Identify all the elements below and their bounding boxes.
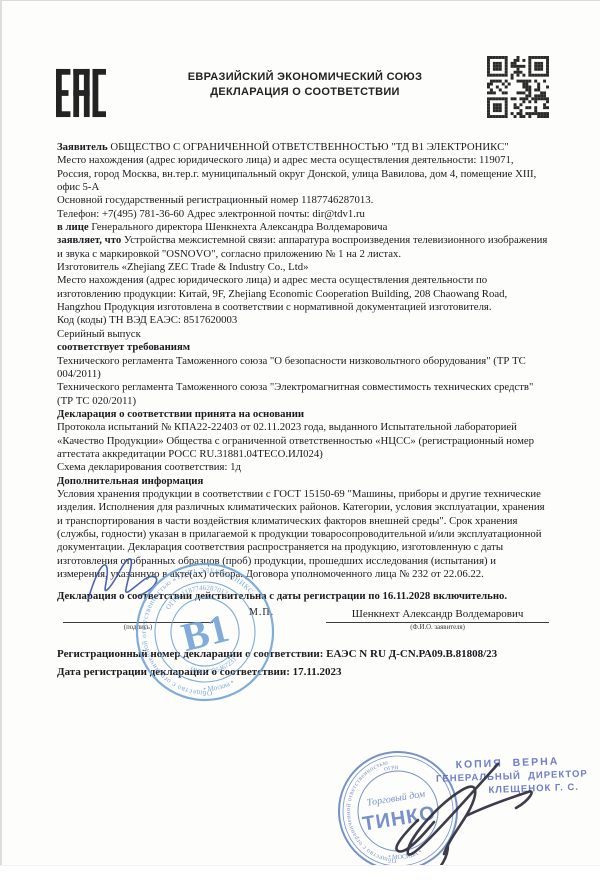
body-paragraph: в лице Генерального директора Шенкнехта … xyxy=(57,221,549,234)
body-paragraph: Основной государственный регистрационный… xyxy=(57,194,549,207)
body-paragraph: Схема декларирования соответствия: 1д xyxy=(57,461,549,474)
director-ink-signature xyxy=(378,750,553,880)
declarant-name: Шенкнехт Александр Волдемарович xyxy=(326,608,549,623)
registration-number-line: Регистрационный номер декларации о соотв… xyxy=(57,648,549,661)
document-header: ЕВРАЗИЙСКИЙ ЭКОНОМИЧЕСКИЙ СОЮЗ ДЕКЛАРАЦИ… xyxy=(140,70,470,100)
body-paragraph: заявляет, что Устройства межсистемной св… xyxy=(57,234,549,261)
body-paragraph: Заявитель ОБЩЕСТВО С ОГРАНИЧЕННОЙ ОТВЕТС… xyxy=(57,141,549,154)
body-paragraph: Место нахождения (адрес юридического лиц… xyxy=(57,154,549,194)
body-paragraphs: Заявитель ОБЩЕСТВО С ОГРАНИЧЕННОЙ ОТВЕТС… xyxy=(57,141,549,581)
body-paragraph: Код (коды) ТН ВЭД ЕАЭС: 8517620003 xyxy=(57,314,549,327)
b1-stamp-city: • Москва • xyxy=(201,676,236,695)
body-paragraph: Место нахождения (адрес юридического лиц… xyxy=(57,274,549,314)
eac-logo xyxy=(56,68,106,123)
header-union-title: ЕВРАЗИЙСКИЙ ЭКОНОМИЧЕСКИЙ СОЮЗ xyxy=(140,70,470,85)
declaration-document: ЕВРАЗИЙСКИЙ ЭКОНОМИЧЕСКИЙ СОЮЗ ДЕКЛАРАЦИ… xyxy=(0,0,600,888)
header-doc-title: ДЕКЛАРАЦИЯ О СООТВЕТСТВИИ xyxy=(140,85,470,100)
registration-date-value: 17.11.2023 xyxy=(293,666,342,678)
body-paragraph: Технического регламента Таможенного союз… xyxy=(57,381,549,408)
body-paragraph: Протокола испытаний № КПА22-22403 от 02.… xyxy=(57,421,549,461)
body-paragraph: Технического регламента Таможенного союз… xyxy=(57,355,549,382)
svg-text:• Москва •: • Москва • xyxy=(201,676,236,695)
scan-edge-top xyxy=(0,0,600,1)
scan-bottom-edge xyxy=(0,865,600,888)
body-paragraph: Изготовитель «Zhejiang ZEC Trade & Indus… xyxy=(57,261,549,274)
body-paragraph: Дополнительная информация xyxy=(57,475,549,488)
body-paragraph: соответствует требованиям xyxy=(57,341,549,354)
declarant-name-caption: (Ф.И.О. заявителя) xyxy=(326,623,549,632)
b1-stamp-center: В1 xyxy=(177,605,233,660)
body-paragraph: Декларация о соответствии принята на осн… xyxy=(57,408,549,421)
body-paragraph: Серийный выпуск xyxy=(57,328,549,341)
qr-code-icon xyxy=(487,56,549,118)
scan-edge-left xyxy=(0,0,2,866)
registration-number-value: ЕАЭС N RU Д-CN.РА09.В.81808/23 xyxy=(326,648,497,660)
body-paragraph: Телефон: +7(495) 781-36-60 Адрес электро… xyxy=(57,208,549,221)
declarant-name-field: Шенкнехт Александр Волдемарович (Ф.И.О. … xyxy=(326,608,549,632)
registration-date-line: Дата регистрации декларации о соответств… xyxy=(57,666,549,679)
